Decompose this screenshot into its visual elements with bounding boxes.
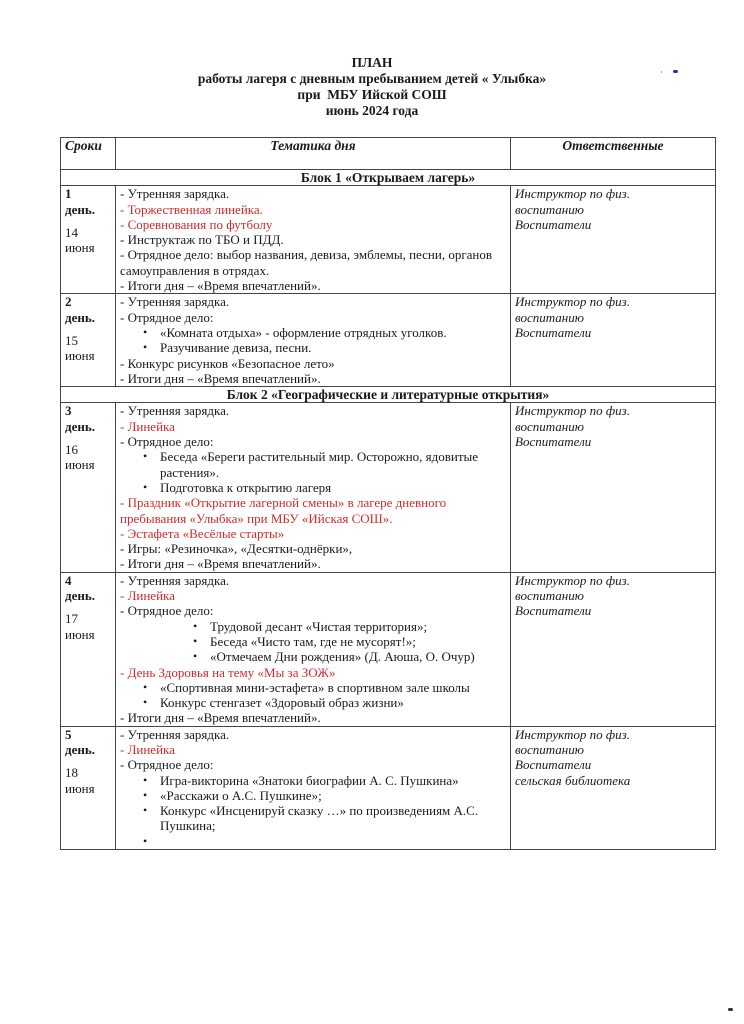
responsible-cell: Инструктор по физ.воспитаниюВоспитатели — [511, 572, 716, 726]
responsible-cell: Инструктор по физ.воспитаниюВоспитатели — [511, 403, 716, 572]
day-cell: 3день.16июня — [61, 403, 116, 572]
plan-period: июнь 2024 года — [0, 103, 744, 119]
block-title: Блок 2 «Географические и литературные от… — [61, 387, 716, 403]
responsible-person: Инструктор по физ. — [515, 727, 711, 742]
document-header: ПЛАН работы лагеря с дневным пребыванием… — [0, 55, 744, 119]
activity-bullet: «Спортивная мини-эстафета» в спортивном … — [160, 680, 506, 695]
day-number: 2 — [65, 294, 111, 309]
column-header-dates: Сроки — [61, 138, 116, 170]
activity-line: - Игры: «Резиночка», «Десятки-однёрки», — [120, 541, 506, 556]
day-number: 5 — [65, 727, 111, 742]
responsible-person: воспитанию — [515, 588, 711, 603]
day-cell: 4день.17июня — [61, 572, 116, 726]
activity-line: - Отрядное дело: выбор названия, девиза,… — [120, 247, 506, 278]
responsible-cell: Инструктор по физ.воспитаниюВоспитатели — [511, 186, 716, 294]
activity-bullet: Конкурс «Инсценируй сказку …» по произве… — [160, 803, 506, 834]
activity-bullet — [160, 834, 506, 849]
activity-bullet: Конкурс стенгазет «Здоровый образ жизни» — [160, 695, 506, 710]
activity-line: - Отрядное дело: — [120, 757, 506, 772]
day-cell: 1день.14июня — [61, 186, 116, 294]
block-row: Блок 2 «Географические и литературные от… — [61, 387, 716, 403]
activity-line: - Итоги дня – «Время впечатлений». — [120, 556, 506, 571]
day-word: день. — [65, 588, 111, 603]
day-activities: - Утренняя зарядка.- Торжественная линей… — [116, 186, 511, 294]
activity-bullet: Игра-викторина «Знатоки биографии А. С. … — [160, 773, 506, 788]
responsible-person: Воспитатели — [515, 434, 711, 449]
day-activities: - Утренняя зарядка.- Линейка- Отрядное д… — [116, 726, 511, 849]
activity-line: - Конкурс рисунков «Безопасное лето» — [120, 356, 506, 371]
activity-highlight: - День Здоровья на тему «Мы за ЗОЖ» — [120, 665, 506, 680]
day-month: июня — [65, 240, 111, 255]
activity-bullet: Беседа «Чисто там, где не мусорят!»; — [210, 634, 506, 649]
activity-bullet: Беседа «Береги растительный мир. Осторож… — [160, 449, 506, 480]
activity-line: - Отрядное дело: — [120, 310, 506, 325]
plan-table: Сроки Тематика дня Ответственные Блок 1 … — [60, 137, 716, 850]
activity-highlight: - Линейка — [120, 588, 506, 603]
activity-line: - Утренняя зарядка. — [120, 186, 506, 201]
activity-line: - Итоги дня – «Время впечатлений». — [120, 710, 506, 725]
activity-highlight: - Торжественная линейка. — [120, 202, 506, 217]
activity-bullet: Подготовка к открытию лагеря — [160, 480, 506, 495]
day-month: июня — [65, 781, 111, 796]
scan-speck — [728, 1008, 733, 1011]
responsible-person: Воспитатели — [515, 603, 711, 618]
activity-highlight: - Соревнования по футболу — [120, 217, 506, 232]
activity-line: - Утренняя зарядка. — [120, 573, 506, 588]
plan-school: при МБУ Ийской СОШ — [0, 87, 744, 103]
day-row: 1день.14июня- Утренняя зарядка.- Торжест… — [61, 186, 716, 294]
day-row: 4день.17июня- Утренняя зарядка.- Линейка… — [61, 572, 716, 726]
activity-line: - Итоги дня – «Время впечатлений». — [120, 371, 506, 386]
activity-line: - Отрядное дело: — [120, 603, 506, 618]
responsible-person: воспитанию — [515, 310, 711, 325]
responsible-person: воспитанию — [515, 419, 711, 434]
day-word: день. — [65, 742, 111, 757]
responsible-person: Инструктор по физ. — [515, 403, 711, 418]
day-month: июня — [65, 348, 111, 363]
activity-bullet: «Отмечаем Дни рождения» (Д. Аюша, О. Очу… — [210, 649, 506, 664]
block-row: Блок 1 «Открываем лагерь» — [61, 170, 716, 186]
responsible-person: воспитанию — [515, 742, 711, 757]
day-month: июня — [65, 627, 111, 642]
activity-line: - Утренняя зарядка. — [120, 403, 506, 418]
activity-highlight: - Праздник «Открытие лагерной смены» в л… — [120, 495, 506, 526]
responsible-person: сельская библиотека — [515, 773, 711, 788]
day-row: 5день.18июня- Утренняя зарядка.- Линейка… — [61, 726, 716, 849]
responsible-person: Воспитатели — [515, 325, 711, 340]
day-row: 2день.15июня- Утренняя зарядка.- Отрядно… — [61, 294, 716, 387]
activity-line: - Утренняя зарядка. — [120, 294, 506, 309]
activity-highlight: - Линейка — [120, 419, 506, 434]
column-header-theme: Тематика дня — [116, 138, 511, 170]
activity-highlight: - Эстафета «Весёлые старты» — [120, 526, 506, 541]
day-number: 3 — [65, 403, 111, 418]
day-word: день. — [65, 202, 111, 217]
activity-bullet: «Комната отдыха» - оформление отрядных у… — [160, 325, 506, 340]
day-month: июня — [65, 457, 111, 472]
responsible-person: Инструктор по физ. — [515, 186, 711, 201]
activity-bullet: Трудовой десант «Чистая территория»; — [210, 619, 506, 634]
responsible-cell: Инструктор по физ.воспитаниюВоспитателис… — [511, 726, 716, 849]
activity-bullet: «Расскажи о А.С. Пушкине»; — [160, 788, 506, 803]
day-word: день. — [65, 310, 111, 325]
table-header-row: Сроки Тематика дня Ответственные — [61, 138, 716, 170]
day-word: день. — [65, 419, 111, 434]
activity-line: - Инструктаж по ТБО и ПДД. — [120, 232, 506, 247]
activity-line: - Отрядное дело: — [120, 434, 506, 449]
day-cell: 2день.15июня — [61, 294, 116, 387]
responsible-person: Воспитатели — [515, 217, 711, 232]
day-date: 18 — [65, 765, 111, 780]
block-title: Блок 1 «Открываем лагерь» — [61, 170, 716, 186]
day-number: 1 — [65, 186, 111, 201]
day-date: 15 — [65, 333, 111, 348]
activity-bullet: Разучивание девиза, песни. — [160, 340, 506, 355]
column-header-responsible: Ответственные — [511, 138, 716, 170]
plan-subtitle: работы лагеря с дневным пребыванием дете… — [0, 71, 744, 87]
responsible-cell: Инструктор по физ.воспитаниюВоспитатели — [511, 294, 716, 387]
day-date: 14 — [65, 225, 111, 240]
day-date: 17 — [65, 611, 111, 626]
responsible-person: Инструктор по физ. — [515, 294, 711, 309]
day-date: 16 — [65, 442, 111, 457]
day-activities: - Утренняя зарядка.- Линейка- Отрядное д… — [116, 572, 511, 726]
activity-line: - Утренняя зарядка. — [120, 727, 506, 742]
activity-highlight: - Линейка — [120, 742, 506, 757]
activity-line: - Итоги дня – «Время впечатлений». — [120, 278, 506, 293]
day-activities: - Утренняя зарядка.- Линейка - Отрядное … — [116, 403, 511, 572]
day-number: 4 — [65, 573, 111, 588]
day-row: 3день.16июня- Утренняя зарядка.- Линейка… — [61, 403, 716, 572]
day-activities: - Утренняя зарядка.- Отрядное дело:«Комн… — [116, 294, 511, 387]
day-cell: 5день.18июня — [61, 726, 116, 849]
responsible-person: воспитанию — [515, 202, 711, 217]
plan-title: ПЛАН — [0, 55, 744, 71]
responsible-person: Инструктор по физ. — [515, 573, 711, 588]
responsible-person: Воспитатели — [515, 757, 711, 772]
